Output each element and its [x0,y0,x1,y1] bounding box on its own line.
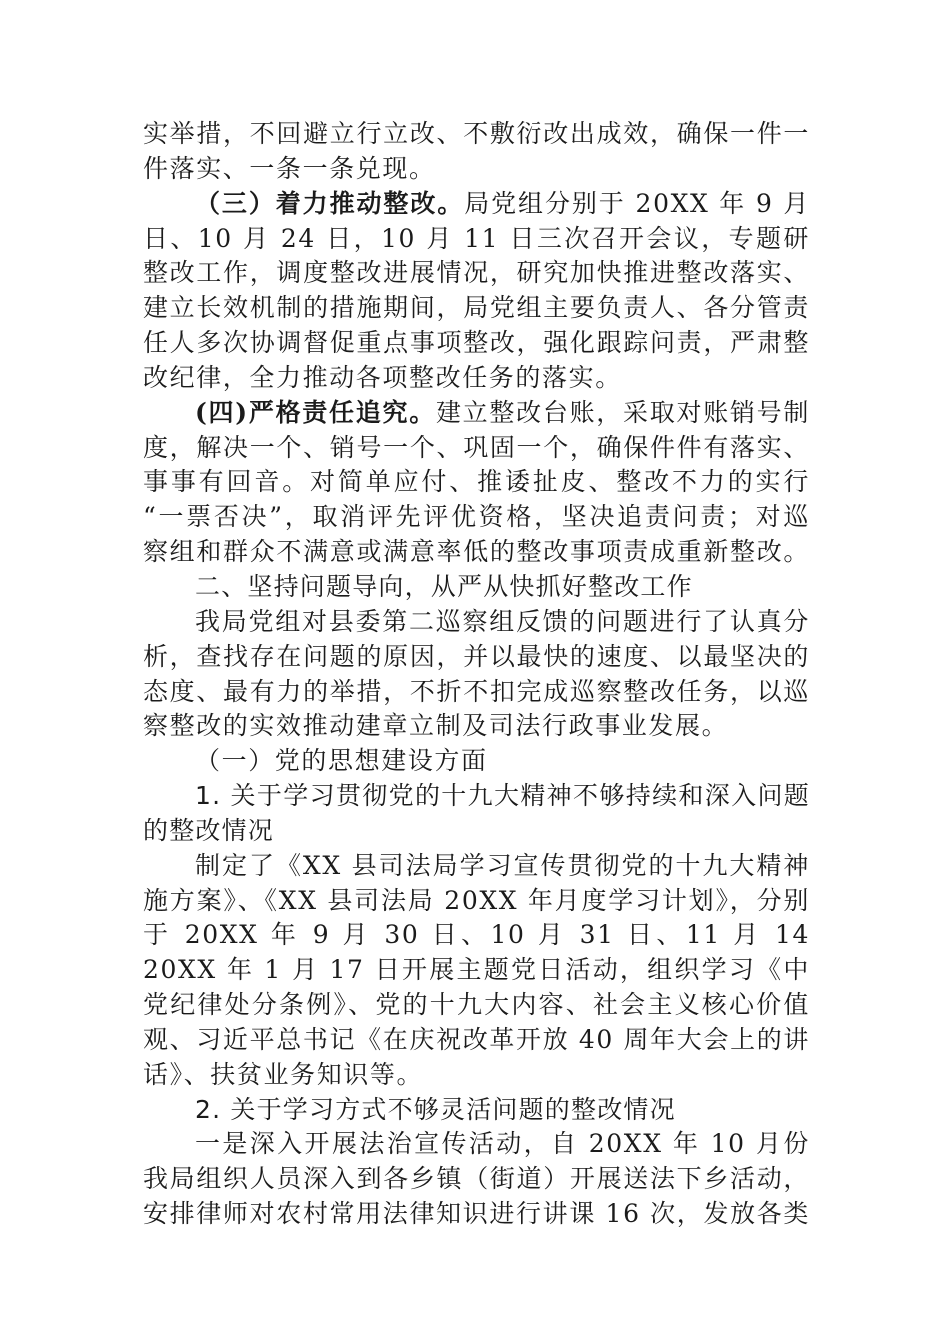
document-text-block: 实举措，不回避立行立改、不敷衍改出成效，确保一件一件落实、一条一条兑现。（三）着… [143,117,810,1232]
text-line: 实举措，不回避立行立改、不敷衍改出成效，确保一件一 [143,117,810,152]
text-line: 一是深入开展法治宣传活动，自 20XX 年 10 月份开始， [143,1127,810,1162]
text-line: 任人多次协调督促重点事项整改，强化跟踪问责，严肃整 [143,326,810,361]
text-segment: 任人多次协调督促重点事项整改，强化跟踪问责，严肃整 [143,328,810,357]
text-segment: 20XX 年 1 月 17 日开展主题党日活动，组织学习《中国共产 [143,955,810,988]
text-segment: 事事有回音。对简单应付、推诿扯皮、整改不力的实行 [143,467,810,496]
text-segment: (四)严格责任追究。 [195,398,436,427]
text-segment: 我局党组对县委第二巡察组反馈的问题进行了认真分 [195,607,810,636]
text-segment: 态度、最有力的举措，不折不扣完成巡察整改任务，以巡 [143,677,810,706]
text-line: 整改工作，调度整改进展情况，研究加快推进整改落实、 [143,256,810,291]
text-segment: 一是深入开展法治宣传活动，自 20XX 年 10 月份开始， [195,1129,810,1162]
text-segment: 改纪律，全力推动各项整改任务的落实。 [143,363,622,392]
text-segment: 实举措，不回避立行立改、不敷衍改出成效，确保一件一 [143,119,810,148]
text-segment: （一）党的思想建设方面 [195,746,488,775]
text-line: 制定了《XX 县司法局学习宣传贯彻党的十九大精神实 [143,849,810,884]
text-segment: 施方案》、《XX 县司法局 20XX 年月度学习计划》，分别 [143,886,810,915]
text-line: 察组和群众不满意或满意率低的整改事项责成重新整改。 [143,535,810,570]
text-segment: 件落实、一条一条兑现。 [143,154,436,183]
text-line: （三）着力推动整改。局党组分别于 20XX 年 9 月 30 [143,187,810,222]
text-segment: 观、习近平总书记《在庆祝改革开放 40 周年大会上的讲 [143,1025,810,1054]
text-segment: 我局组织人员深入到各乡镇（街道）开展送法下乡活动， [143,1164,810,1193]
text-line: 建立长效机制的措施期间，局党组主要负责人、各分管责 [143,291,810,326]
text-segment: 于 20XX 年 9 月 30 日、10 月 31 日、11 月 14 日、12… [143,920,810,953]
text-segment: 察整改的实效推动建章立制及司法行政事业发展。 [143,711,728,740]
text-line: 于 20XX 年 9 月 30 日、10 月 31 日、11 月 14 日、12… [143,918,810,953]
text-segment: 话》、扶贫业务知识等。 [143,1060,423,1089]
text-line: 事事有回音。对简单应付、推诿扯皮、整改不力的实行 [143,465,810,500]
text-line: 我局党组对县委第二巡察组反馈的问题进行了认真分 [143,605,810,640]
text-line: 察整改的实效推动建章立制及司法行政事业发展。 [143,709,810,744]
text-line: 二、坚持问题导向，从严从快抓好整改工作 [143,570,810,605]
document-page: 实举措，不回避立行立改、不敷衍改出成效，确保一件一件落实、一条一条兑现。（三）着… [0,0,950,1344]
text-line: 的整改情况 [143,814,810,849]
text-line: 改纪律，全力推动各项整改任务的落实。 [143,361,810,396]
text-line: (四)严格责任追究。建立整改台账，采取对账销号制 [143,396,810,431]
text-segment: 建立整改台账，采取对账销号制 [436,398,810,427]
text-line: 党纪律处分条例》、党的十九大内容、社会主义核心价值 [143,988,810,1023]
text-segment: 整改工作，调度整改进展情况，研究加快推进整改落实、 [143,258,810,287]
text-segment: 度，解决一个、销号一个、巩固一个，确保件件有落实、 [143,433,810,462]
text-line: 态度、最有力的举措，不折不扣完成巡察整改任务，以巡 [143,675,810,710]
text-segment: 党纪律处分条例》、党的十九大内容、社会主义核心价值 [143,990,810,1019]
text-line: 日、10 月 24 日，10 月 11 日三次召开会议，专题研究部署 [143,222,810,257]
text-line: 析，查找存在问题的原因，并以最快的速度、以最坚决的 [143,640,810,675]
text-segment: 安排律师对农村常用法律知识进行讲课 16 次，发放各类宣 [143,1199,810,1232]
text-line: 度，解决一个、销号一个、巩固一个，确保件件有落实、 [143,431,810,466]
text-segment: 1. 关于学习贯彻党的十九大精神不够持续和深入问题 [195,781,810,810]
text-segment: （三）着力推动整改。 [195,189,464,218]
text-line: 1. 关于学习贯彻党的十九大精神不够持续和深入问题 [143,779,810,814]
text-segment: 建立长效机制的措施期间，局党组主要负责人、各分管责 [143,293,810,322]
text-line: “一票否决”，取消评先评优资格，坚决追责问责；对巡 [143,500,810,535]
text-segment: “一票否决”，取消评先评优资格，坚决追责问责；对巡 [143,502,810,531]
text-line: 2. 关于学习方式不够灵活问题的整改情况 [143,1093,810,1128]
text-segment: 察组和群众不满意或满意率低的整改事项责成重新整改。 [143,537,810,566]
text-line: 观、习近平总书记《在庆祝改革开放 40 周年大会上的讲 [143,1023,810,1058]
text-line: 我局组织人员深入到各乡镇（街道）开展送法下乡活动， [143,1162,810,1197]
text-line: 安排律师对农村常用法律知识进行讲课 16 次，发放各类宣 [143,1197,810,1232]
text-segment: 的整改情况 [143,816,274,845]
text-segment: 制定了《XX 县司法局学习宣传贯彻党的十九大精神实 [195,851,810,884]
text-line: 20XX 年 1 月 17 日开展主题党日活动，组织学习《中国共产 [143,953,810,988]
text-line: 施方案》、《XX 县司法局 20XX 年月度学习计划》，分别 [143,884,810,919]
text-segment: 析，查找存在问题的原因，并以最快的速度、以最坚决的 [143,642,810,671]
text-segment: 2. 关于学习方式不够灵活问题的整改情况 [195,1095,676,1124]
text-segment: 日、10 月 24 日，10 月 11 日三次召开会议，专题研究部署 [143,224,810,257]
text-line: 件落实、一条一条兑现。 [143,152,810,187]
text-line: （一）党的思想建设方面 [143,744,810,779]
text-segment: 二、坚持问题导向，从严从快抓好整改工作 [195,572,693,601]
text-line: 话》、扶贫业务知识等。 [143,1058,810,1093]
